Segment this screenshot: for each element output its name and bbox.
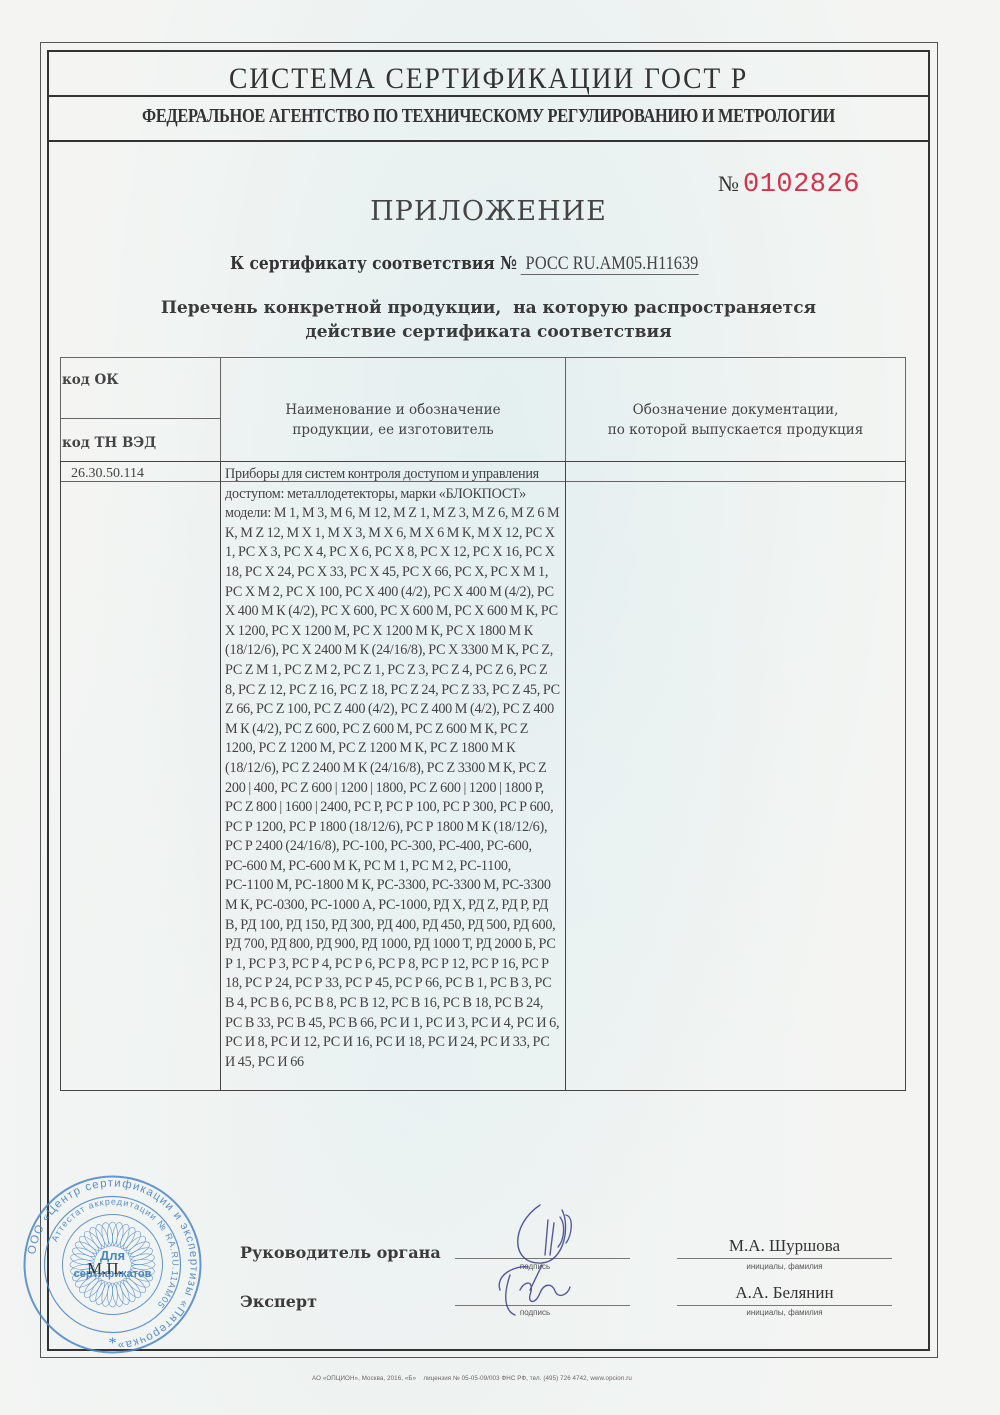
head-of-body-label: Руководитель органа xyxy=(240,1243,441,1262)
table-row: 26.30.50.114 Приборы для систем контроля… xyxy=(61,462,906,1091)
number-sign: № xyxy=(718,171,739,196)
head-name-line xyxy=(677,1258,892,1259)
printer-imprint: АО «ОПЦИОН», Москва, 2016, «Б» лицензия … xyxy=(312,1375,632,1382)
expert-label: Эксперт xyxy=(240,1292,317,1311)
intro-line-1: Перечень конкретной продукции, на котору… xyxy=(47,296,930,320)
stamp-place-label: М.П. xyxy=(87,1259,123,1279)
product-code: 26.30.50.114 xyxy=(61,462,221,1091)
product-list-intro: Перечень конкретной продукции, на котору… xyxy=(47,296,930,344)
header-rule-bottom xyxy=(47,140,930,142)
product-name-header-line2: продукции, ее изготовитель xyxy=(221,420,565,440)
head-name: М.А. Шуршова xyxy=(677,1236,892,1256)
products-table: 26.30.50.114 Приборы для систем контроля… xyxy=(60,461,906,1091)
agency-title: ФЕДЕРАЛЬНОЕ АГЕНТСТВО ПО ТЕХНИЧЕСКОМУ РЕ… xyxy=(135,105,841,128)
system-title: СИСТЕМА СЕРТИФИКАЦИИ ГОСТ Р xyxy=(82,62,894,96)
product-name-header-line1: Наименование и обозначение xyxy=(221,400,565,420)
product-documentation xyxy=(566,462,906,1091)
certificate-label: К сертификату соответствия № xyxy=(230,253,517,274)
documentation-header-line1: Обозначение документации, xyxy=(566,400,905,420)
svg-text:*: * xyxy=(109,1335,117,1352)
expert-name: А.А. Белянин xyxy=(677,1283,892,1303)
certificate-reference: К сертификату соответствия №РОСС RU.АМ05… xyxy=(230,253,698,275)
head-name-caption: инициалы, фамилия xyxy=(677,1262,892,1271)
product-description: Приборы для систем контроля доступом и у… xyxy=(221,462,566,1091)
expert-name-caption: инициалы, фамилия xyxy=(677,1308,892,1317)
documentation-header-line2: по которой выпускается продукция xyxy=(566,420,905,440)
annex-title: ПРИЛОЖЕНИЕ xyxy=(47,196,930,227)
expert-name-line xyxy=(677,1305,892,1306)
intro-line-2: действие сертификата соответствия xyxy=(47,320,930,344)
code-ok-header: код ОК xyxy=(61,358,221,419)
certificate-number: РОСС RU.АМ05.Н11639 xyxy=(520,253,698,275)
handwritten-signatures-icon xyxy=(470,1195,610,1320)
